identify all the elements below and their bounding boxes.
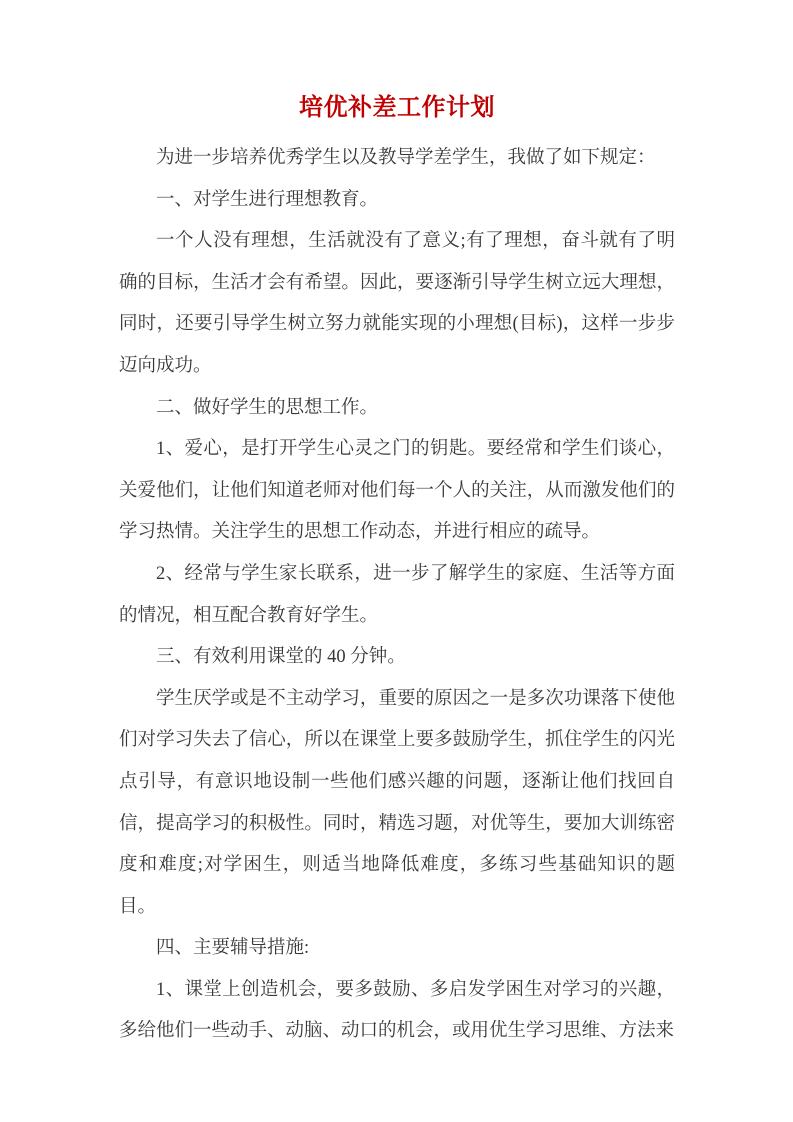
paragraph: 2、经常与学生家长联系，进一步了解学生的家庭、生活等方面的情况，相互配合教育好学… — [119, 554, 675, 637]
paragraph: 为进一步培养优秀学生以及教导学差学生，我做了如下规定： — [119, 138, 675, 180]
paragraph: 一个人没有理想，生活就没有了意义;有了理想，奋斗就有了明确的目标，生活才会有希望… — [119, 221, 675, 387]
paragraph: 1、爱心，是打开学生心灵之门的钥匙。要经常和学生们谈心，关爱他们，让他们知道老师… — [119, 429, 675, 554]
paragraph: 二、做好学生的思想工作。 — [119, 388, 675, 430]
paragraph: 学生厌学或是不主动学习，重要的原因之一是多次功课落下使他们对学习失去了信心，所以… — [119, 679, 675, 929]
paragraph: 三、有效利用课堂的 40 分钟。 — [119, 637, 675, 679]
paragraph: 四、主要辅导措施: — [119, 928, 675, 970]
document-title: 培优补差工作计划 — [119, 92, 675, 124]
document-body: 为进一步培养优秀学生以及教导学差学生，我做了如下规定：一、对学生进行理想教育。一… — [119, 138, 675, 1053]
paragraph: 1、课堂上创造机会，要多鼓励、多启发学困生对学习的兴趣，多给他们一些动手、动脑、… — [119, 970, 675, 1053]
document-page: 培优补差工作计划 为进一步培养优秀学生以及教导学差学生，我做了如下规定：一、对学… — [0, 0, 793, 1122]
paragraph: 一、对学生进行理想教育。 — [119, 180, 675, 222]
